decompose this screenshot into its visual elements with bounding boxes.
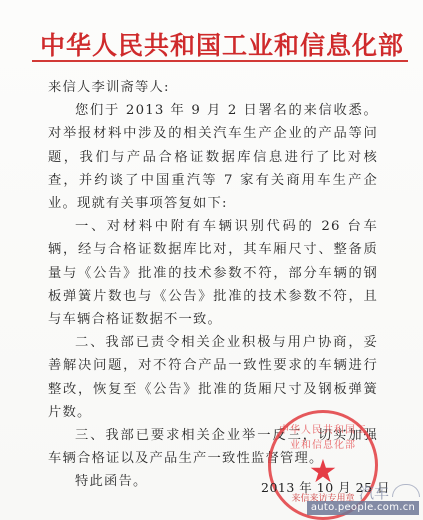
watermark-url: auto.people.com.cn bbox=[307, 501, 419, 515]
paragraph-intro: 您们于 2013 年 9 月 2 日署名的来信收悉。对举报材料中涉及的相关汽车生… bbox=[48, 99, 378, 215]
letterhead-rule bbox=[32, 60, 408, 62]
salutation: 来信人李训斋等人: bbox=[48, 76, 378, 99]
paragraph-item-1: 一、对材料中附有车辆识别代码的 26 台车辆，经与合格证数据库比对，其车厢尺寸、… bbox=[48, 215, 378, 331]
letterhead-title: 中华人民共和国工业和信息化部 bbox=[40, 26, 400, 62]
letter-page: 中华人民共和国工业和信息化部 来信人李训斋等人: 您们于 2013 年 9 月 … bbox=[0, 0, 423, 520]
watermark-brand: 汽车 bbox=[359, 482, 389, 503]
car-outline-icon bbox=[392, 484, 420, 497]
